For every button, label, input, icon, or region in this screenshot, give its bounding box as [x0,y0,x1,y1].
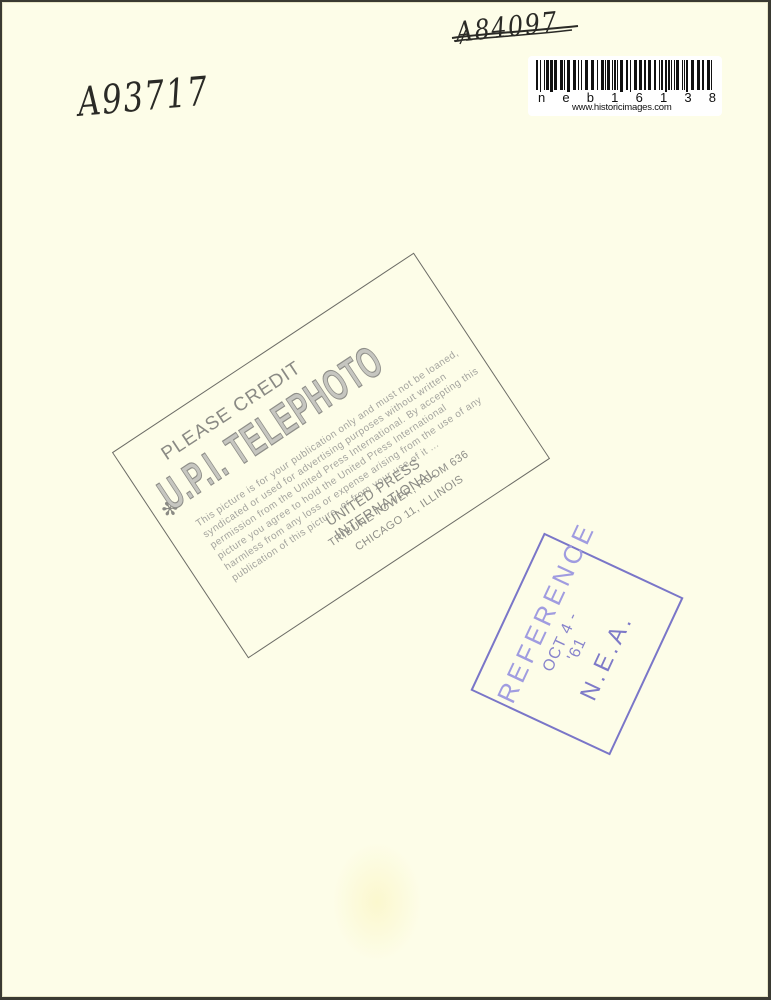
barcode-character: 3 [684,90,691,105]
reference-stamp: REFERENCE OCT 4 - '61 N.E.A. [470,533,683,756]
photo-back-paper: A84097 A93717 neb16138 www.historicimage… [2,2,768,997]
barcode-icon [536,60,714,92]
barcode-character: 8 [709,90,716,105]
barcode-label: neb16138 www.historicimages.com [528,56,722,116]
paper-stain [332,842,422,962]
barcode-character: e [562,90,569,105]
barcode-character: n [538,90,545,105]
barcode-url: www.historicimages.com [572,102,672,113]
archive-number: A93717 [76,69,211,126]
strikethrough-scribble [450,22,580,46]
upi-credit-stamp: PLEASE CREDIT ✻ U.P.I. TELEPHOTO This pi… [112,253,550,659]
